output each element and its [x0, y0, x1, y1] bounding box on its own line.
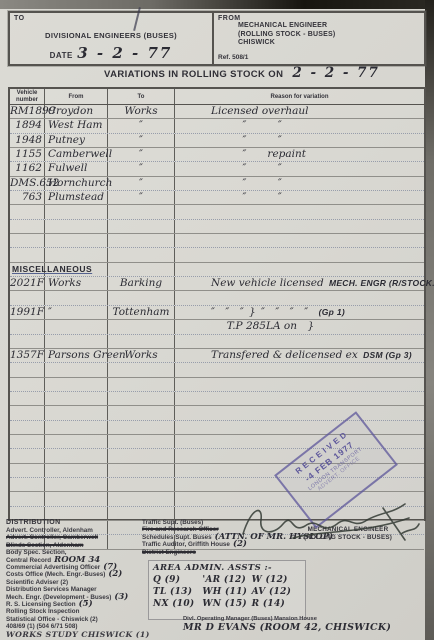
- reason-handwritten: New vehicle licensed: [211, 277, 329, 289]
- cell-reason: [175, 392, 424, 405]
- cell-vehicle-number: 1357F: [10, 349, 45, 362]
- header-cell-from: From: [45, 89, 108, 104]
- cell-to: [108, 363, 175, 376]
- table-row: 1991F ″ Tottenham ″ ″ ″ } ″ ″ ″ ″ (Gp 1): [10, 306, 424, 320]
- cell-from: Croydon: [45, 105, 108, 118]
- cell-to: [108, 492, 175, 505]
- distribution-item-annotation: (2): [108, 569, 122, 579]
- cell-to: ″: [108, 177, 175, 190]
- cell-from: Works: [45, 277, 108, 290]
- cell-from: [45, 492, 108, 505]
- to-label: TO: [14, 15, 25, 22]
- table-row: T.P 285LA on }: [10, 320, 424, 334]
- cell-to: ″: [108, 148, 175, 161]
- date-line: DATE 3 - 2 - 77: [10, 44, 212, 63]
- cell-vehicle-number: [10, 248, 45, 261]
- distribution-item-text: R. S. Licensing Section: [6, 601, 76, 608]
- cell-vehicle-number: 1991F: [10, 306, 45, 319]
- table-row: [10, 392, 424, 406]
- cell-vehicle-number: DMS.652: [10, 177, 45, 190]
- cell-vehicle-number: [10, 464, 45, 477]
- cell-reason: [175, 248, 424, 261]
- table-row: [10, 248, 424, 262]
- cell-to: [108, 392, 175, 405]
- table-row: [10, 291, 424, 305]
- area-admin-grid: Q (9) 'AR (12) W (12) TL (13) WH (11) AV…: [153, 575, 301, 609]
- cell-from: [45, 507, 108, 520]
- cell-to: [108, 378, 175, 391]
- cell-from: Plumstead: [45, 191, 108, 204]
- distribution-item-text: Mech. Engr. (Development - Buses): [6, 594, 111, 601]
- from-address: MECHANICAL ENGINEER (ROLLING STOCK - BUS…: [238, 22, 335, 48]
- distribution-item-text: Fire and Research Officer: [142, 526, 219, 533]
- distribution-item-text: WORKS STUDY CHISWICK (1): [6, 630, 150, 639]
- header-cell-reason: Reason for variation: [175, 89, 424, 104]
- cell-from: [45, 320, 108, 333]
- cell-vehicle-number: 1155: [10, 148, 45, 161]
- distribution-item-text: Statistical Office - Chiswick (2): [6, 616, 98, 623]
- cell-vehicle-number: [10, 335, 45, 348]
- area-admin-box: AREA ADMIN. ASSTS :- Q (9) 'AR (12) W (1…: [148, 560, 306, 620]
- reason-caps: DSM (Gp 3): [363, 350, 412, 360]
- cell-vehicle-number: [10, 421, 45, 434]
- cell-from: West Ham: [45, 119, 108, 132]
- cell-reason: [175, 234, 424, 247]
- table-row: 1357F Parsons Green Works Transfered & d…: [10, 349, 424, 363]
- cell-vehicle-number: [10, 435, 45, 448]
- cell-vehicle-number: [10, 291, 45, 304]
- cell-vehicle-number: [10, 205, 45, 218]
- cell-reason: [175, 220, 424, 233]
- area-admin-code: WH (11): [202, 587, 251, 597]
- cell-from: [45, 220, 108, 233]
- cell-reason: ″ repaint: [175, 148, 424, 161]
- cell-vehicle-number: [10, 478, 45, 491]
- cell-from: ″: [45, 306, 108, 319]
- cell-to: [108, 335, 175, 348]
- cell-reason: New vehicle licensed MECH. ENGR (R/STOCK…: [175, 277, 434, 290]
- cell-vehicle-number: [10, 449, 45, 462]
- cell-from: [45, 478, 108, 491]
- cell-vehicle-number: [10, 234, 45, 247]
- cell-vehicle-number: MISCELLANEOUS: [10, 263, 45, 276]
- cell-from: [45, 234, 108, 247]
- date-label: DATE: [50, 51, 73, 60]
- cell-to: Tottenham: [108, 306, 175, 319]
- cell-to: ″: [108, 191, 175, 204]
- area-admin-code: Q (9): [153, 575, 202, 585]
- header-cell-vehicle: Vehicle number: [10, 89, 45, 104]
- cell-reason: Licensed overhaul: [175, 105, 424, 118]
- date-value: 3 - 2 - 77: [77, 44, 172, 62]
- cell-reason: ″ ″: [175, 162, 424, 175]
- cell-from: [45, 449, 108, 462]
- distribution-item-text: Distribution Services Manager: [6, 586, 97, 593]
- distribution-item-annotation: (3): [114, 592, 128, 602]
- table-row: 763 Plumstead ″ ″ ″: [10, 191, 424, 205]
- header-address-boxes: TO DIVISIONAL ENGINEERS (BUSES) DATE 3 -…: [8, 11, 426, 66]
- table-row: [10, 220, 424, 234]
- reason-handwritten: ″ ″: [211, 134, 282, 146]
- cell-vehicle-number: 1948: [10, 134, 45, 147]
- area-admin-code: W (12): [252, 575, 301, 585]
- cell-to: Works: [108, 105, 175, 118]
- cell-from: [45, 248, 108, 261]
- table-row: [10, 378, 424, 392]
- cell-to: [108, 435, 175, 448]
- to-value: DIVISIONAL ENGINEERS (BUSES): [10, 31, 212, 40]
- area-admin-code: AV (12): [252, 587, 301, 597]
- cell-to: [108, 464, 175, 477]
- reason-handwritten: ″ repaint: [211, 148, 306, 160]
- distribution-item-text: Blinds Section, Aldenham: [6, 542, 83, 549]
- cell-reason: ″ ″: [175, 134, 424, 147]
- table-row: 1162 Fulwell ″ ″ ″: [10, 162, 424, 176]
- cell-from: [45, 291, 108, 304]
- distribution-item-text: Schedules Supt. Buses: [142, 534, 212, 541]
- pen-mark: [133, 7, 140, 31]
- cell-vehicle-number: [10, 392, 45, 405]
- cell-from: [45, 378, 108, 391]
- distribution-item-text: Commercial Advertising Officer: [6, 564, 100, 571]
- reason-handwritten: Licensed overhaul: [211, 105, 308, 117]
- cell-reason: ″ ″ ″ } ″ ″ ″ ″ (Gp 1): [175, 306, 424, 319]
- distribution-item-text: Central Record: [6, 557, 51, 564]
- form-title-text: VARIATIONS IN ROLLING STOCK ON: [104, 69, 283, 80]
- cell-reason: [175, 378, 424, 391]
- cell-vehicle-number: 763: [10, 191, 45, 204]
- cell-reason: [175, 435, 424, 448]
- cell-from: [45, 421, 108, 434]
- cell-vehicle-number: 1162: [10, 162, 45, 175]
- cell-to: [108, 291, 175, 304]
- cell-to: ″: [108, 162, 175, 175]
- cell-to: [108, 248, 175, 261]
- table-row: 1894 West Ham ″ ″ ″: [10, 119, 424, 133]
- reason-handwritten: ″ ″: [211, 191, 282, 203]
- table-row: [10, 205, 424, 219]
- distribution-item: WORKS STUDY CHISWICK (1): [6, 631, 176, 639]
- table-row: RM1899 Croydon Works Licensed overhaul: [10, 105, 424, 119]
- cell-reason: ″ ″: [175, 191, 424, 204]
- cell-reason: [175, 335, 424, 348]
- from-line-3: CHISWICK: [238, 39, 335, 48]
- cell-from: [45, 205, 108, 218]
- table-row: [10, 234, 424, 248]
- cell-to: ″: [108, 134, 175, 147]
- cell-reason: Transfered & delicensed ex DSM (Gp 3): [175, 349, 424, 362]
- distribution-item: District Engineers: [142, 549, 342, 556]
- area-admin-code: R (14): [252, 599, 301, 609]
- cell-from: Hornchurch: [45, 177, 108, 190]
- cell-from: Fulwell: [45, 162, 108, 175]
- cell-from: [45, 335, 108, 348]
- table-row: [10, 363, 424, 377]
- reason-caps: MECH. ENGR (R/STOCK. BUSES) (Gp 2): [329, 278, 434, 288]
- cell-reason: ″ ″: [175, 177, 424, 190]
- from-box: FROM MECHANICAL ENGINEER (ROLLING STOCK …: [214, 13, 424, 64]
- to-box: TO DIVISIONAL ENGINEERS (BUSES) DATE 3 -…: [10, 13, 214, 64]
- cell-vehicle-number: [10, 507, 45, 520]
- cell-to: [108, 449, 175, 462]
- reason-handwritten: T.P 285LA on }: [211, 320, 314, 332]
- cell-vehicle-number: [10, 220, 45, 233]
- table-row: MISCELLANEOUS: [10, 263, 424, 277]
- table-header-row: Vehicle number From To Reason for variat…: [10, 89, 424, 105]
- distribution-item-text: Rolling Stock Inspection: [6, 608, 79, 615]
- cell-to: [108, 205, 175, 218]
- cell-from: Camberwell: [45, 148, 108, 161]
- area-admin-code: NX (10): [153, 599, 202, 609]
- cell-vehicle-number: 1894: [10, 119, 45, 132]
- operating-manager-block: Divl. Operating Manager (Buses) Mansion …: [183, 616, 423, 633]
- form-title-date: 2 - 2 - 77: [292, 65, 380, 81]
- cell-to: [108, 421, 175, 434]
- cell-to: [108, 507, 175, 520]
- cell-from: Putney: [45, 134, 108, 147]
- distribution-item-text: Traffic Auditor, Griffith House: [142, 541, 230, 548]
- distribution-item-text: Traffic Supt. (Buses): [142, 519, 203, 526]
- cell-reason: [175, 421, 424, 434]
- cell-to: [108, 263, 175, 276]
- cell-vehicle-number: [10, 406, 45, 419]
- cell-to: [108, 478, 175, 491]
- reason-handwritten: ″ ″: [211, 177, 282, 189]
- cell-from: [45, 435, 108, 448]
- cell-vehicle-number: [10, 492, 45, 505]
- cell-reason: [175, 406, 424, 419]
- table-row: DMS.652 Hornchurch ″ ″ ″: [10, 177, 424, 191]
- area-admin-heading: AREA ADMIN. ASSTS :-: [153, 563, 301, 573]
- from-line-1: MECHANICAL ENGINEER: [238, 22, 335, 31]
- cell-reason: [175, 263, 424, 276]
- cell-vehicle-number: [10, 363, 45, 376]
- reason-handwritten: ″ ″: [211, 119, 282, 131]
- cell-reason: [175, 205, 424, 218]
- reason-handwritten: ″ ″: [211, 162, 282, 174]
- cell-to: Barking: [108, 277, 175, 290]
- distribution-item-text: Advert. Controller, Camberwell: [6, 534, 98, 541]
- cell-vehicle-number: 2021F: [10, 277, 45, 290]
- distribution-item-text: District Engineers: [142, 549, 196, 556]
- cell-to: [108, 234, 175, 247]
- table-row: 1155 Camberwell ″ ″ repaint: [10, 148, 424, 162]
- cell-reason: [175, 291, 424, 304]
- scan-edge-top: [0, 0, 434, 9]
- table-row: 1948 Putney ″ ″ ″: [10, 134, 424, 148]
- cell-from: [45, 392, 108, 405]
- cell-reason: [175, 363, 424, 376]
- distribution-item-text: Scientific Adviser (2): [6, 579, 68, 586]
- signature: [233, 494, 423, 546]
- scan-edge-right: [425, 0, 434, 640]
- header-cell-to: To: [108, 89, 175, 104]
- form-title: VARIATIONS IN ROLLING STOCK ON 2 - 2 - 7…: [60, 65, 424, 81]
- cell-vehicle-number: [10, 378, 45, 391]
- cell-to: [108, 320, 175, 333]
- cell-to: ″: [108, 119, 175, 132]
- ref-number: Ref. 508/1: [218, 54, 248, 61]
- cell-from: [45, 406, 108, 419]
- cell-to: [108, 406, 175, 419]
- area-admin-code: TL (13): [153, 587, 202, 597]
- from-line-2: (ROLLING STOCK - BUSES): [238, 31, 335, 40]
- cell-vehicle-number: RM1899: [10, 105, 45, 118]
- reason-handwritten: Transfered & delicensed ex: [211, 349, 363, 361]
- table-row: [10, 335, 424, 349]
- cell-to: Works: [108, 349, 175, 362]
- reason-handwritten: ″ ″ ″ } ″ ″ ″ ″: [211, 306, 319, 318]
- cell-reason: T.P 285LA on }: [175, 320, 424, 333]
- cell-from: Parsons Green: [45, 349, 108, 362]
- cell-vehicle-number: [10, 320, 45, 333]
- cell-from: [45, 464, 108, 477]
- table-row: 2021F Works Barking New vehicle licensed…: [10, 277, 424, 291]
- from-label: FROM: [218, 15, 241, 22]
- operating-manager-handwritten: MR D EVANS (ROOM 42, CHISWICK): [183, 622, 423, 633]
- scanned-form-page: TO DIVISIONAL ENGINEERS (BUSES) DATE 3 -…: [0, 0, 434, 640]
- cell-to: [108, 220, 175, 233]
- distribution-item-text: Advert. Controller, Aldenham: [6, 527, 93, 534]
- area-admin-code: WN (15): [202, 599, 251, 609]
- area-admin-code: 'AR (12): [202, 575, 251, 585]
- cell-reason: ″ ″: [175, 119, 424, 132]
- distribution-item-text: Costs Office (Mech. Engr.-Buses): [6, 571, 105, 578]
- reason-caps: (Gp 1): [319, 307, 345, 317]
- cell-from: [45, 363, 108, 376]
